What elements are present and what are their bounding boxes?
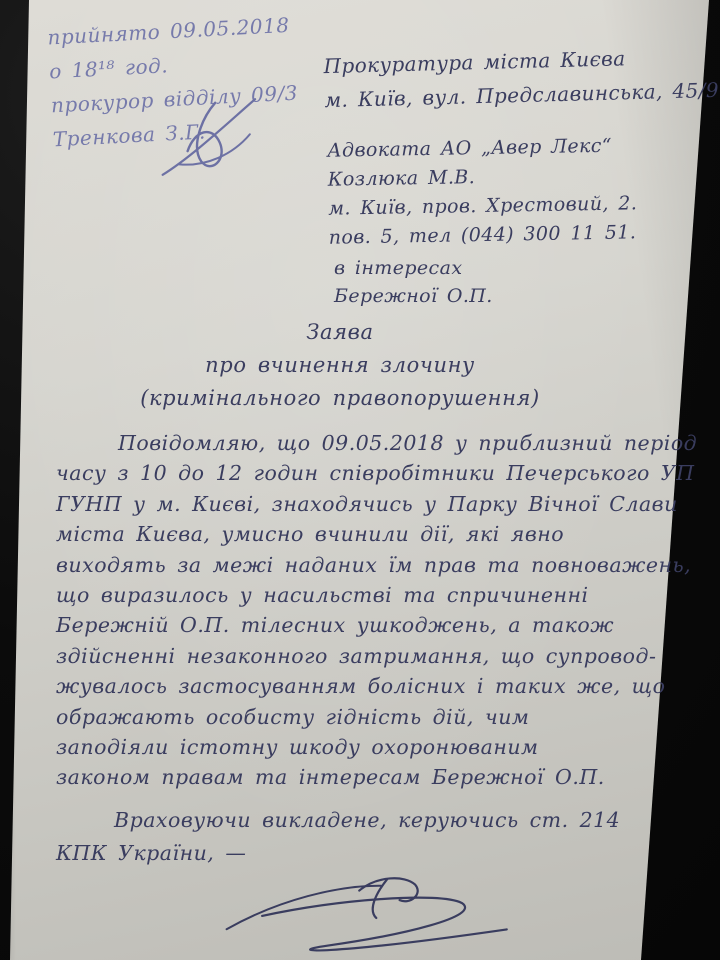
handwritten-line: Бережній О.П. тілесних ушкоджень, а тако… xyxy=(56,610,696,640)
handwritten-line: що виразилось у насильстві та спричиненн… xyxy=(56,580,696,610)
handwritten-line: виходять за межі наданих їм прав та повн… xyxy=(56,550,696,580)
handwritten-line: законом правам та інтересам Бережної О.П… xyxy=(56,762,696,792)
handwritten-line: Адвоката АО „Авер Лекс“ xyxy=(327,131,636,165)
addressee-interest-block: в інтересахБережної О.П. xyxy=(334,254,493,310)
handwritten-line: пов. 5, тел (044) 300 11 51. xyxy=(329,218,638,252)
handwritten-line: (кримінального правопорушення) xyxy=(90,382,590,415)
handwritten-line: КПК України, — xyxy=(56,837,656,870)
addressee-office-block: Прокуратура міста Києвам. Київ, вул. Пре… xyxy=(323,39,719,117)
handwritten-line: про вчинення злочину xyxy=(90,349,590,382)
applicant-signature-icon xyxy=(209,860,542,960)
photo-background: прийнято 09.05.2018о 18¹⁸ год.прокурор в… xyxy=(0,0,720,960)
handwritten-line: ображають особисту гідність дій, чим xyxy=(56,702,696,732)
addressee-advocate-block: Адвоката АО „Авер Лекс“Козлюка М.В.м. Ки… xyxy=(327,131,638,252)
statement-body: Повідомляю, що 09.05.2018 у приблизний п… xyxy=(56,428,696,793)
handwritten-line: заподіяли істотну шкоду охоронюваним xyxy=(56,732,696,762)
handwritten-line: часу з 10 до 12 годин співробітники Пече… xyxy=(56,458,696,488)
handwritten-line: міста Києва, умисно вчинили дії, які явн… xyxy=(56,519,696,549)
prosecutor-signature-icon xyxy=(143,90,275,186)
handwritten-line: в інтересах xyxy=(334,254,493,282)
document-title: Заявапро вчинення злочину(кримінального … xyxy=(90,316,590,415)
handwritten-line: ГУНП у м. Києві, знаходячись у Парку Віч… xyxy=(56,489,696,519)
handwritten-line: жувалось застосуванням болісних і таких … xyxy=(56,671,696,701)
handwritten-line: Заява xyxy=(90,316,590,349)
handwritten-line: Повідомляю, що 09.05.2018 у приблизний п… xyxy=(56,428,696,458)
closing-clause: Враховуючи викладене, керуючись ст. 214К… xyxy=(56,804,656,870)
handwritten-line: Бережної О.П. xyxy=(334,282,493,310)
handwritten-line: Враховуючи викладене, керуючись ст. 214 xyxy=(56,804,656,837)
handwritten-line: здійсненні незаконного затримання, що су… xyxy=(56,641,696,671)
